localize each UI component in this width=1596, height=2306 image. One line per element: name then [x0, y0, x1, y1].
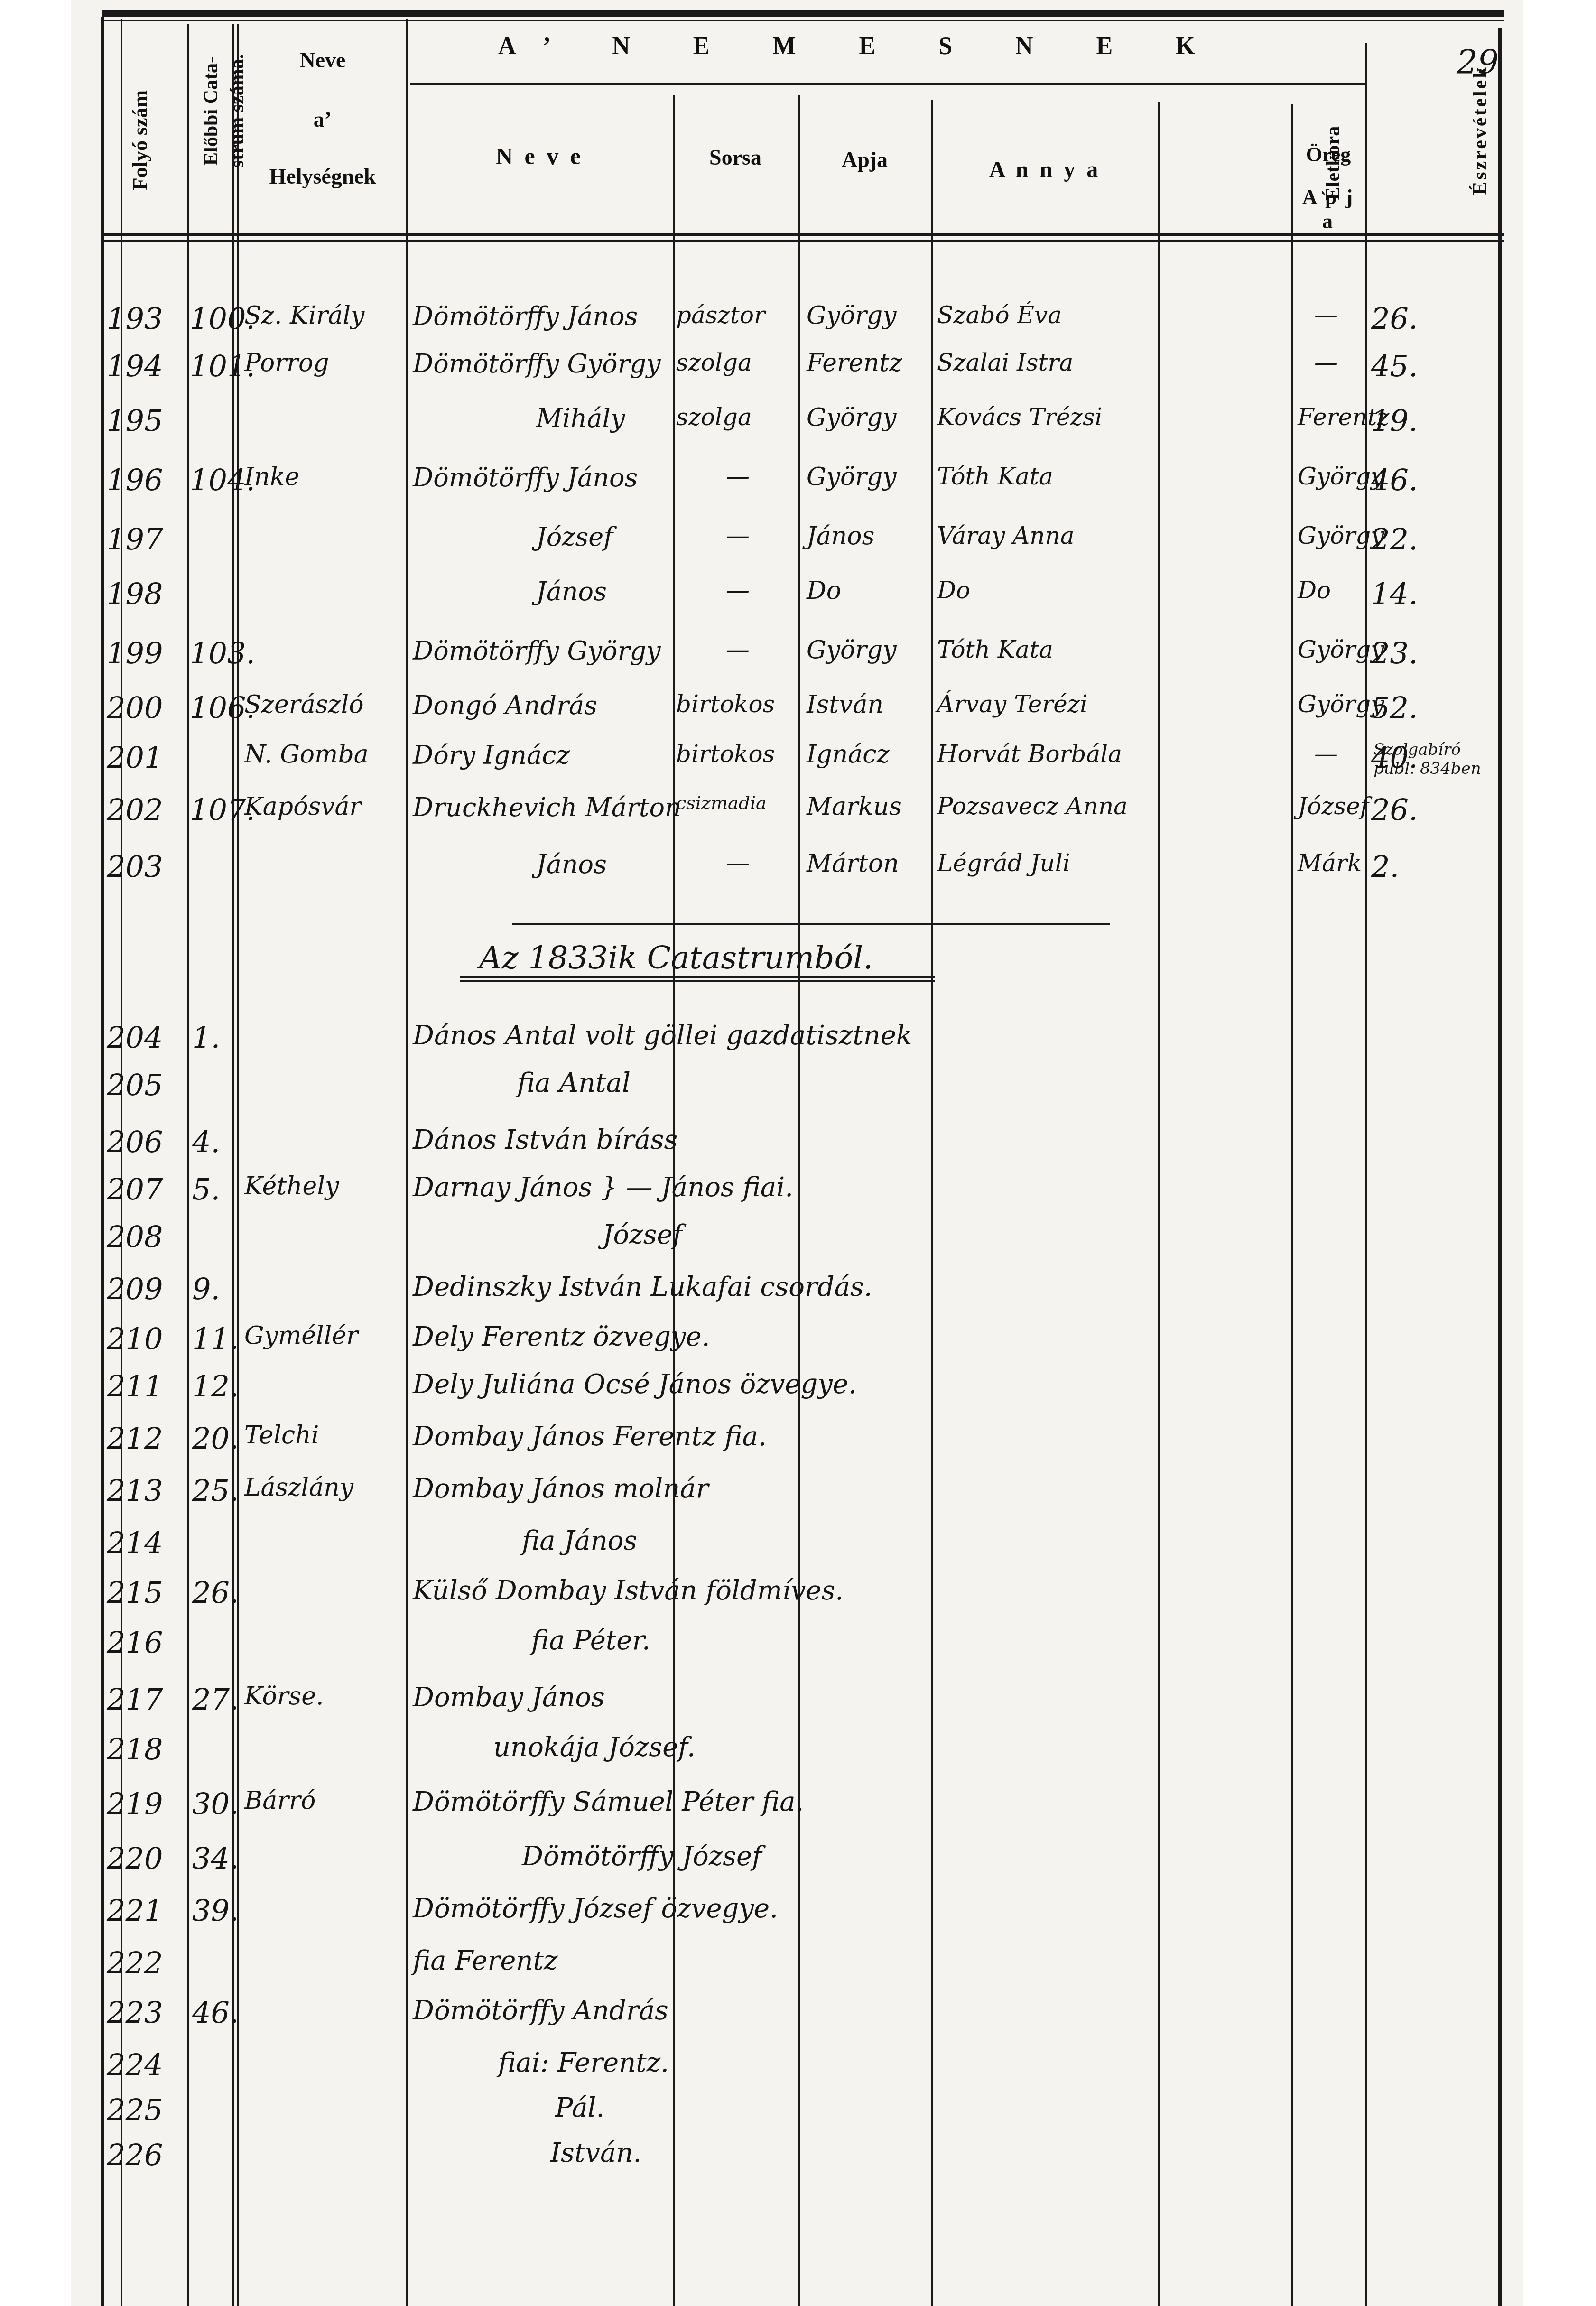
header-bottom-rule	[102, 233, 1504, 236]
cell-annya: Tóth Kata	[937, 463, 1053, 490]
cell-folyo: 213	[107, 1473, 163, 1508]
cell-annya: Kovács Trézsi	[937, 403, 1103, 431]
cell-sorsa: —	[726, 576, 750, 604]
cell-folyo: 216	[107, 1625, 163, 1660]
cell-kor: 26.	[1371, 792, 1418, 827]
cell-text: Dombay János molnár	[413, 1473, 709, 1504]
cell-helyseg: N. Gomba	[244, 740, 369, 769]
cell-elobbi: 20.	[192, 1421, 239, 1456]
cell-folyo: 206	[107, 1125, 163, 1159]
cell-helyseg: Kapósvár	[244, 792, 361, 821]
cell-folyo: 224	[107, 2047, 163, 2082]
cell-annya: Szalai Istra	[937, 349, 1073, 376]
cell-apja: Márton	[807, 849, 899, 878]
cell-helyseg: Lászlány	[244, 1473, 353, 1502]
cell-folyo: 210	[107, 1321, 163, 1356]
cell-elobbi: 9.	[192, 1272, 220, 1306]
cell-sorsa: —	[726, 463, 750, 490]
cell-text: Dános Antal volt göllei gazdatisztnek	[413, 1020, 912, 1051]
cell-folyo: 205	[107, 1068, 163, 1102]
cell-annya: Szabó Éva	[937, 301, 1062, 329]
cell-neve: Dömötörffy György	[413, 349, 661, 379]
section-rule-bottom-2	[460, 980, 935, 982]
cell-text: Pál.	[555, 2092, 604, 2123]
cell-folyo: 208	[107, 1219, 163, 1254]
section-rule-bottom	[460, 976, 935, 978]
cell-annya: Tóth Kata	[937, 636, 1053, 663]
cell-sorsa: —	[726, 522, 750, 549]
header-apja: Apja	[799, 147, 930, 172]
cell-annya: Váray Anna	[937, 522, 1075, 549]
cell-text: József	[603, 1219, 682, 1250]
col-rule-annya	[1158, 102, 1160, 2306]
header-top-rule	[102, 10, 1504, 17]
cell-folyo: 201	[107, 740, 163, 775]
header-elobbi-1: Előbbi Cata-	[200, 16, 223, 206]
cell-kor: 22.	[1371, 522, 1418, 557]
cell-folyo: 212	[107, 1421, 163, 1456]
cell-text: Dely Ferentz özvegye.	[413, 1321, 710, 1352]
cell-neve: Dömötörffy György	[413, 636, 661, 666]
cell-oreg: József	[1298, 792, 1369, 820]
cell-folyo: 225	[107, 2092, 163, 2127]
cell-folyo: 194	[107, 349, 163, 383]
cell-folyo: 200	[107, 690, 163, 725]
cell-folyo: 218	[107, 1732, 163, 1767]
col-rule-folyo	[187, 24, 189, 2306]
cell-elobbi: 34.	[192, 1841, 239, 1876]
cell-folyo: 202	[107, 792, 163, 827]
cell-text: Dömötörffy Sámuel Péter fia.	[413, 1786, 804, 1817]
cell-kor: 23.	[1371, 636, 1418, 670]
cell-helyseg: Inke	[244, 463, 299, 491]
cell-text: Dely Juliána Ocsé János özvegye.	[413, 1369, 857, 1400]
cell-elobbi: 26.	[192, 1575, 239, 1610]
cell-text: Dombay János Ferentz fia.	[413, 1421, 767, 1452]
header-helyseg-3: Helységnek	[242, 164, 403, 189]
header-sorsa: Sorsa	[674, 145, 797, 170]
cell-oreg: —	[1314, 301, 1338, 329]
cell-annya: Do	[937, 576, 970, 604]
cell-elobbi: 5.	[192, 1172, 220, 1207]
header-bottom-rule-2	[102, 240, 1504, 242]
cell-text: Dános István bíráss	[413, 1125, 677, 1155]
cell-neve: János	[536, 849, 607, 879]
cell-folyo: 193	[107, 301, 163, 336]
col-rule-oreg	[1291, 104, 1293, 2306]
cell-apja: Markus	[807, 792, 902, 821]
cell-folyo: 211	[107, 1369, 163, 1404]
cell-kor: 46.	[1371, 463, 1418, 497]
cell-folyo: 223	[107, 1995, 163, 2030]
header-helyseg-2: a’	[242, 107, 403, 132]
col-rule-apja	[931, 100, 933, 2306]
cell-text: Dömötörffy József	[522, 1841, 762, 1872]
cell-neve: Dongó András	[413, 690, 597, 720]
cell-apja: Do	[807, 576, 841, 605]
cell-elobbi: 12.	[192, 1369, 239, 1404]
cell-neve: József	[536, 522, 613, 552]
page-number: 29	[1457, 43, 1499, 82]
cell-sorsa: birtokos	[676, 690, 775, 718]
cell-apja: Ferentz	[807, 349, 902, 377]
cell-elobbi: 103.	[190, 636, 255, 670]
cell-annya: Árvay Terézi	[937, 690, 1087, 718]
cell-helyseg: Bárró	[244, 1786, 315, 1815]
cell-neve: Dóry Ignácz	[413, 740, 570, 770]
cell-text: Külső Dombay István földmíves.	[413, 1575, 844, 1606]
cell-kor: 26.	[1371, 301, 1418, 336]
cell-folyo: 217	[107, 1682, 163, 1717]
col-rule-sorsa	[798, 95, 800, 2306]
cell-helyseg: Kéthely	[244, 1172, 339, 1200]
cell-annya: Pozsavecz Anna	[937, 792, 1128, 820]
cell-oreg: Márk	[1298, 849, 1362, 877]
cell-folyo: 221	[107, 1893, 163, 1928]
cell-sorsa: csizmadia	[676, 792, 767, 813]
cell-text: Dombay János	[413, 1682, 605, 1713]
cell-text: Darnay János } — János fiai.	[413, 1172, 793, 1203]
cell-sorsa: pásztor	[676, 301, 765, 329]
cell-folyo: 199	[107, 636, 163, 670]
cell-text: fiai: Ferentz.	[498, 2047, 669, 2078]
cell-apja: György	[807, 636, 897, 664]
cell-text: fia Ferentz	[413, 1945, 557, 1976]
header-group-title: A’ N E M E S N E K	[498, 32, 1352, 60]
cell-helyseg: Sz. Király	[244, 301, 364, 330]
cell-text: Dömötörffy András	[413, 1995, 668, 2026]
cell-elobbi: 30.	[192, 1786, 239, 1821]
cell-elobbi: 25.	[192, 1473, 239, 1508]
header-neve: N e v e	[408, 142, 671, 170]
group-rule	[410, 83, 1366, 85]
cell-neve: Dömötörffy János	[413, 301, 638, 331]
cell-kor: 14.	[1371, 576, 1418, 611]
cell-folyo: 220	[107, 1841, 163, 1876]
cell-elobbi: 27.	[192, 1682, 239, 1717]
cell-helyseg: Szerászló	[244, 690, 364, 719]
cell-folyo: 203	[107, 849, 163, 884]
cell-sorsa: szolga	[676, 403, 752, 431]
cell-folyo: 219	[107, 1786, 163, 1821]
cell-annya: Horvát Borbála	[937, 740, 1122, 768]
cell-folyo: 207	[107, 1172, 163, 1207]
cell-neve: János	[536, 576, 607, 606]
ledger-page	[71, 0, 1523, 2306]
cell-folyo: 215	[107, 1575, 163, 1610]
header-top-rule-thin	[102, 20, 1504, 21]
cell-text: fia János	[522, 1525, 637, 1556]
cell-folyo: 226	[107, 2138, 163, 2172]
col-rule-helyseg	[406, 19, 408, 2306]
section-heading: Az 1833ik Catastrumból.	[479, 939, 873, 976]
cell-neve: Mihály	[536, 403, 625, 433]
cell-apja: György	[807, 403, 897, 432]
cell-neve: Druckhevich Márton	[413, 792, 681, 822]
cell-annya: Légrád Juli	[937, 849, 1070, 877]
cell-oreg: —	[1314, 349, 1338, 376]
cell-apja: István	[807, 690, 883, 719]
cell-kor: 45.	[1371, 349, 1418, 383]
cell-apja: Ignácz	[807, 740, 890, 769]
cell-kor: 2.	[1371, 849, 1399, 884]
cell-sorsa: —	[726, 636, 750, 663]
cell-oreg: Do	[1298, 576, 1331, 604]
cell-text: Dedinszky István Lukafai csordás.	[413, 1272, 872, 1302]
cell-folyo: 197	[107, 522, 163, 557]
cell-text: unokája József.	[493, 1732, 696, 1763]
header-annya: A n n y a	[932, 157, 1158, 183]
header-eletkora: Életkora	[1322, 92, 1345, 234]
cell-elobbi: 4.	[192, 1125, 220, 1159]
cell-apja: János	[807, 522, 874, 550]
cell-folyo: 204	[107, 1020, 163, 1055]
cell-text: fia Antal	[517, 1068, 631, 1098]
cell-eszr: Szolgabíró publ. 834ben	[1373, 740, 1497, 778]
cell-kor: 52.	[1371, 690, 1418, 725]
cell-elobbi: 39.	[192, 1893, 239, 1928]
cell-sorsa: —	[726, 849, 750, 877]
cell-folyo: 222	[107, 1945, 163, 1980]
cell-text: fia Péter.	[531, 1625, 650, 1656]
cell-folyo: 196	[107, 463, 163, 497]
cell-text: Dömötörffy József özvegye.	[413, 1893, 778, 1924]
left-border	[101, 17, 104, 2306]
cell-apja: György	[807, 301, 897, 330]
cell-elobbi: 1.	[192, 1020, 220, 1055]
cell-sorsa: szolga	[676, 349, 752, 376]
header-helyseg-1: Neve	[242, 47, 403, 73]
cell-helyseg: Telchi	[244, 1421, 319, 1450]
cell-sorsa: birtokos	[676, 740, 775, 768]
cell-helyseg: Gyméllér	[244, 1321, 358, 1350]
cell-elobbi: 46.	[192, 1995, 239, 2030]
cell-folyo: 209	[107, 1272, 163, 1306]
cell-text: István.	[550, 2138, 641, 2168]
cell-folyo: 195	[107, 403, 163, 438]
cell-folyo: 198	[107, 576, 163, 611]
cell-folyo: 214	[107, 1525, 163, 1560]
col-rule-eletkor	[1365, 43, 1367, 2306]
cell-oreg: —	[1314, 740, 1338, 768]
right-border	[1498, 28, 1502, 2306]
cell-kor: 19.	[1371, 403, 1418, 438]
cell-elobbi: 11.	[192, 1321, 239, 1356]
header-folyo-szam: Folyó szám	[128, 46, 152, 235]
cell-helyseg: Porrog	[244, 349, 329, 377]
cell-apja: György	[807, 463, 897, 491]
cell-helyseg: Körse.	[244, 1682, 324, 1711]
section-rule-top	[512, 923, 1110, 925]
cell-neve: Dömötörffy János	[413, 463, 638, 493]
